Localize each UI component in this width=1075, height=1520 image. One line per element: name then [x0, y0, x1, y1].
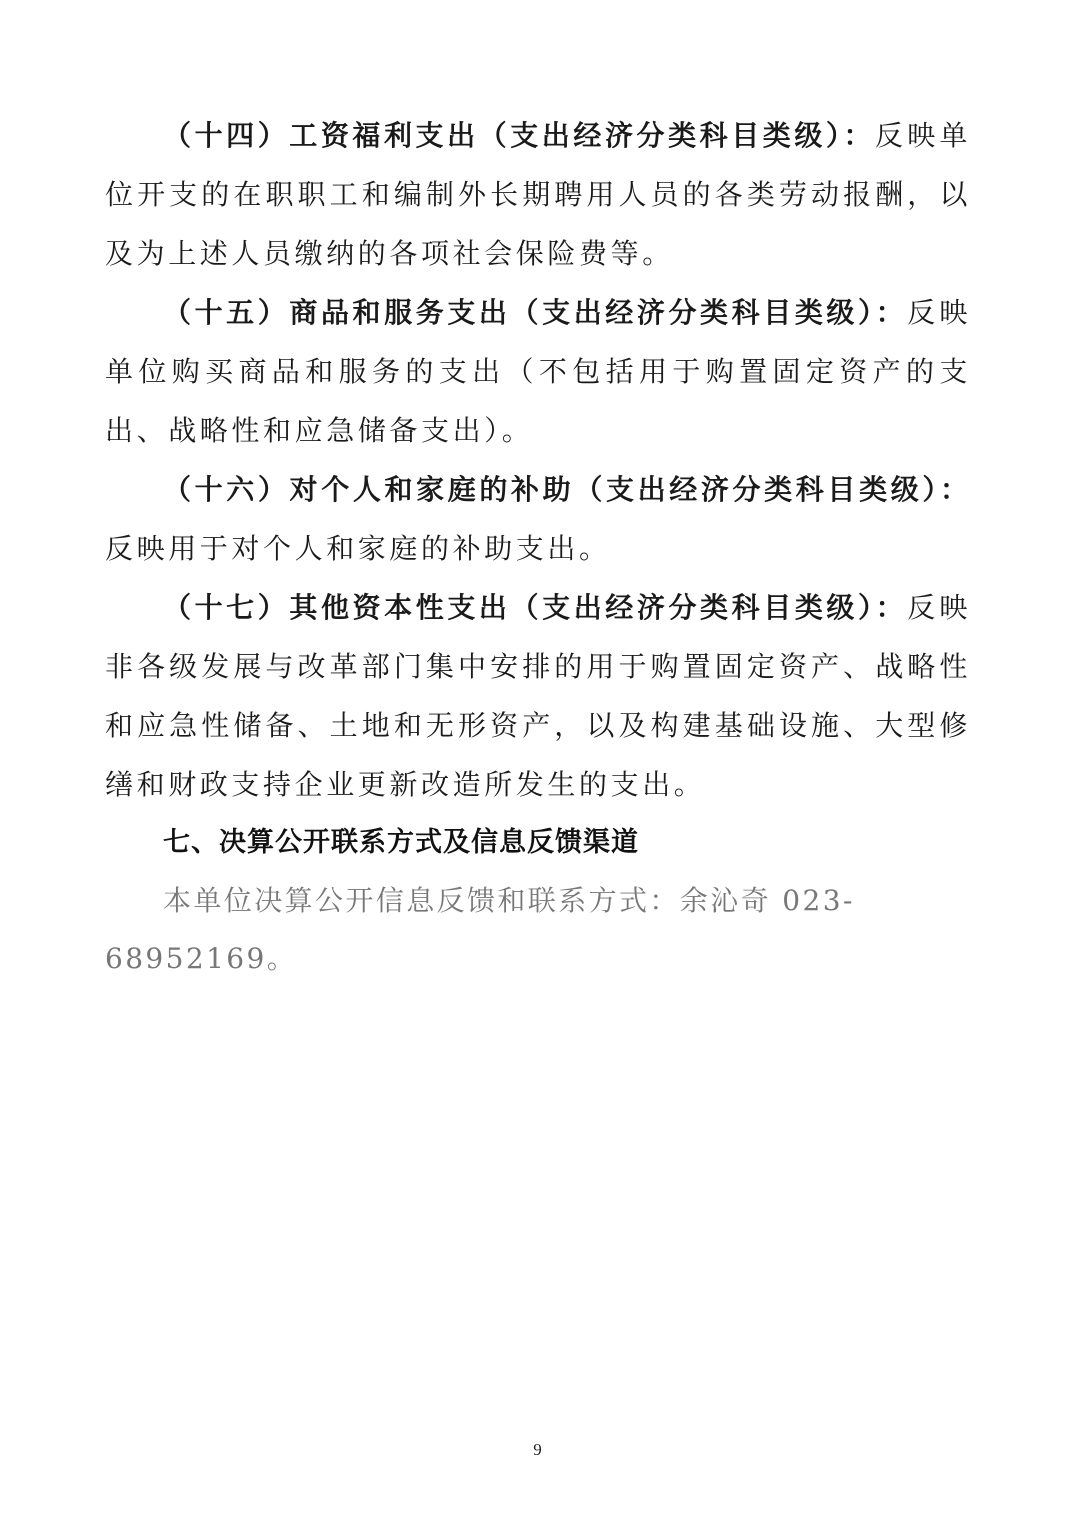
section-14-title: （十四）工资福利支出（支出经济分类科目类级）： — [163, 119, 875, 152]
section-16-paragraph: （十六）对个人和家庭的补助（支出经济分类科目类级）：反映用于对个人和家庭的补助支… — [105, 460, 971, 578]
page-number: 9 — [0, 1440, 1075, 1460]
section-14-paragraph: （十四）工资福利支出（支出经济分类科目类级）：反映单位开支的在职职工和编制外长期… — [105, 106, 971, 283]
section-16-body: 反映用于对个人和家庭的补助支出。 — [105, 532, 611, 565]
section-16-title: （十六）对个人和家庭的补助（支出经济分类科目类级）： — [163, 473, 971, 506]
section-15-title: （十五）商品和服务支出（支出经济分类科目类级）： — [163, 296, 907, 329]
section-15-paragraph: （十五）商品和服务支出（支出经济分类科目类级）：反映单位购买商品和服务的支出（不… — [105, 283, 971, 460]
section-seven-heading: 七、决算公开联系方式及信息反馈渠道 — [105, 814, 971, 872]
section-17-title: （十七）其他资本性支出（支出经济分类科目类级）： — [163, 591, 907, 624]
document-page: （十四）工资福利支出（支出经济分类科目类级）：反映单位开支的在职职工和编制外长期… — [105, 106, 971, 988]
section-17-paragraph: （十七）其他资本性支出（支出经济分类科目类级）：反映非各级发展与改革部门集中安排… — [105, 578, 971, 814]
contact-info: 本单位决算公开信息反馈和联系方式：余沁奇 023-68952169。 — [105, 872, 971, 988]
